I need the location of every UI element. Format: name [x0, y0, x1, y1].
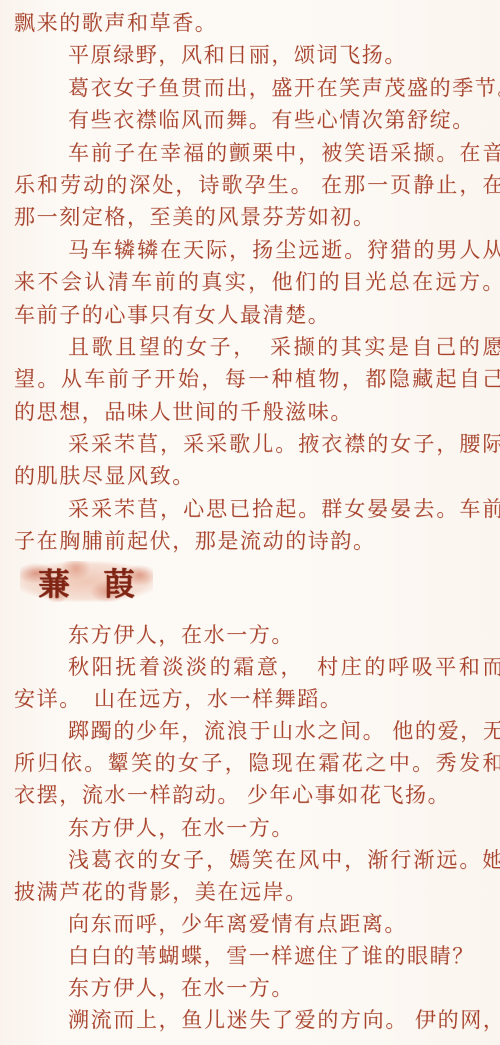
text-line: 平原绿野，风和日丽，颂词飞扬。: [14, 39, 500, 71]
text-line: 东方伊人，在水一方。: [14, 619, 500, 651]
text-line: 采采芣苢，采采歌儿。掖衣襟的女子，腰际: [14, 428, 500, 460]
text-line: 子在胸脯前起伏，那是流动的诗韵。: [14, 525, 500, 557]
text-line: 来不会认清车前的真实，他们的目光总在远方。: [14, 266, 500, 298]
text-line: 采采芣苢，心思已拾起。群女晏晏去。车前: [14, 493, 500, 525]
scanned-book-page: { "page": { "background_color": "#fcf8f3…: [0, 0, 500, 1045]
text-line: 车前子在幸福的颤栗中，被笑语采撷。在音: [14, 137, 500, 169]
section-heading-stamp: 蒹葭: [20, 561, 153, 602]
text-line: 马车辚辚在天际，扬尘远逝。狩猎的男人从: [14, 234, 500, 266]
text-line: 且歌且望的女子， 采撷的其实是自己的愿: [14, 331, 500, 363]
text-line: 飘来的歌声和草香。: [14, 7, 500, 39]
text-line: 葛衣女子鱼贯而出，盛开在笑声茂盛的季节。: [14, 72, 500, 104]
text-line: 的肌肤尽显风致。: [14, 460, 500, 492]
text-line: 望。从车前子开始，每一种植物，都隐藏起自己: [14, 363, 500, 395]
text-line: 溯流而上，鱼儿迷失了爱的方向。 伊的网，: [14, 1004, 500, 1036]
text-line: 东方伊人，在水一方。: [14, 812, 500, 844]
text-line: 向东而呼，少年离爱情有点距离。: [14, 908, 500, 940]
prose-section-jianjia: 东方伊人，在水一方。秋阳抚着淡淡的霜意， 村庄的呼吸平和而安详。 山在远方，水一…: [0, 619, 500, 1036]
text-line: 东方伊人，在水一方。: [14, 972, 500, 1004]
text-line: 踯躅的少年，流浪于山水之间。 他的爱，无: [14, 715, 500, 747]
section-heading-label: 蒹葭: [39, 559, 169, 604]
text-line: 浅葛衣的女子，嫣笑在风中，渐行渐远。她: [14, 844, 500, 876]
text-line: 的思想，品味人世间的千般滋味。: [14, 396, 500, 428]
text-line: 车前子的心事只有女人最清楚。: [14, 299, 500, 331]
text-line: 白白的苇蝴蝶，雪一样遮住了谁的眼睛？: [14, 940, 500, 972]
text-line: 乐和劳动的深处，诗歌孕生。 在那一页静止，在: [14, 169, 500, 201]
prose-section-fuyi: 飘来的歌声和草香。平原绿野，风和日丽，颂词飞扬。葛衣女子鱼贯而出，盛开在笑声茂盛…: [0, 7, 500, 558]
text-line: 衣摆，流水一样韵动。 少年心事如花飞扬。: [14, 779, 500, 811]
text-line: 所归依。颦笑的女子，隐现在霜花之中。秀发和: [14, 747, 500, 779]
text-line: 披满芦花的背影，美在远岸。: [14, 876, 500, 908]
text-line: 有些衣襟临风而舞。有些心情次第舒绽。: [14, 104, 500, 136]
text-line: 那一刻定格，至美的风景芬芳如初。: [14, 201, 500, 233]
text-line: 安详。 山在远方，水一样舞蹈。: [14, 683, 500, 715]
text-line: 秋阳抚着淡淡的霜意， 村庄的呼吸平和而: [14, 651, 500, 683]
